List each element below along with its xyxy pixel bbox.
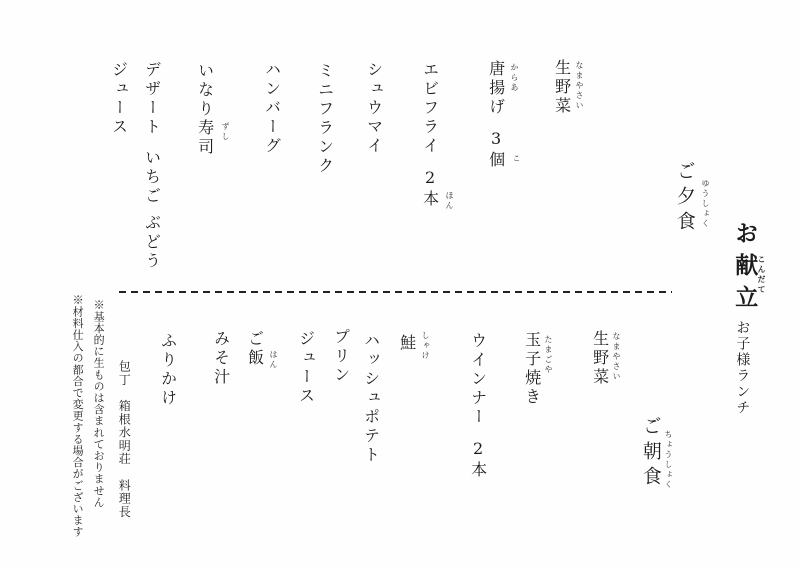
breakfast-heading-text: ご朝食 bbox=[640, 416, 662, 491]
item-furigana: ずし bbox=[221, 122, 229, 142]
dinner-item-hamburg: ハンバーグ bbox=[263, 61, 281, 156]
dinner-item-juice: ジュース bbox=[110, 61, 128, 137]
item-count-furigana: ほん bbox=[445, 191, 453, 211]
item-furigana: はん bbox=[269, 350, 277, 370]
dinner-item-karaage: 唐揚げ3個からあこ bbox=[487, 60, 505, 170]
dinner-item-inari-sushi: いなり寿司ずし bbox=[196, 62, 214, 157]
item-name: ふりかけ bbox=[159, 332, 178, 408]
item-count-furigana: こ bbox=[512, 154, 520, 164]
menu-subtitle: お子様ランチ bbox=[734, 320, 749, 416]
breakfast-item-juice: ジュース bbox=[297, 330, 315, 406]
item-furigana: なまやさい bbox=[612, 332, 620, 382]
item-name: エビフライ bbox=[421, 61, 440, 156]
item-name: 唐揚げ bbox=[487, 60, 506, 117]
item-name: ハッシュポテト bbox=[362, 332, 381, 465]
dinner-item-mini-frank: ミニフランク bbox=[316, 62, 334, 176]
item-name: プリン bbox=[332, 328, 351, 385]
menu-subtitle-text: お子様ランチ bbox=[734, 320, 750, 416]
item-name: いなり寿司 bbox=[196, 62, 215, 157]
item-furigana: たまごや bbox=[544, 335, 552, 375]
item-name: みそ汁 bbox=[212, 330, 231, 387]
breakfast-item-furikake: ふりかけ bbox=[159, 332, 177, 408]
dinner-item-ebi-fry: エビフライ2本ほん bbox=[421, 61, 439, 209]
dinner-item-shumai: シュウマイ bbox=[365, 61, 383, 156]
item-count: 2本 bbox=[421, 168, 440, 209]
menu-document: お献立こんだて お子様ランチ ご夕食ゆうしょく 生野菜なまやさい 唐揚げ3個から… bbox=[0, 0, 800, 566]
chef-signature: 包丁 箱根水明荘 料理長 bbox=[117, 360, 130, 518]
item-name: ウインナー bbox=[469, 332, 488, 427]
note-text: ※基本的に生ものは含まれておりません bbox=[92, 299, 105, 508]
breakfast-item-pudding: プリン bbox=[332, 328, 350, 385]
dinner-item-dessert: デザートいちごぶどう bbox=[143, 61, 161, 271]
menu-title: お献立こんだて bbox=[732, 221, 757, 317]
dinner-heading-furigana: ゆうしょく bbox=[701, 179, 709, 229]
breakfast-item-tamagoyaki: 玉子焼きたまごや bbox=[523, 331, 541, 407]
item-count: 3個 bbox=[487, 129, 506, 170]
item-name: ジュース bbox=[297, 330, 316, 406]
menu-title-text: お献立 bbox=[731, 221, 758, 317]
dessert-option-grape: ぶどう bbox=[143, 214, 162, 271]
breakfast-item-wiener: ウインナー2本 bbox=[469, 332, 487, 480]
section-divider-dashed-line bbox=[119, 291, 672, 293]
breakfast-item-salmon: 鮭しゃけ bbox=[398, 334, 416, 353]
item-name: ご飯 bbox=[246, 330, 265, 368]
breakfast-item-rice: ご飯はん bbox=[246, 330, 264, 368]
item-name: 生野菜 bbox=[553, 59, 572, 116]
item-count: 2本 bbox=[469, 439, 488, 480]
item-name: 玉子焼き bbox=[523, 331, 542, 407]
breakfast-item-miso-soup: みそ汁 bbox=[212, 330, 230, 387]
item-furigana: からあ bbox=[510, 63, 518, 93]
item-name: デザート bbox=[143, 61, 162, 137]
dinner-heading: ご夕食ゆうしょく bbox=[674, 161, 695, 236]
dessert-option-strawberry: いちご bbox=[143, 149, 162, 206]
breakfast-heading-furigana: ちょうしょく bbox=[664, 430, 672, 490]
note-no-raw-food: ※基本的に生ものは含まれておりません bbox=[92, 299, 104, 508]
note-text: ※材料仕入の都合で変更する場合がございます bbox=[71, 294, 84, 538]
item-name: 鮭 bbox=[398, 334, 417, 353]
item-name: ジュース bbox=[110, 61, 129, 137]
menu-title-furigana: こんだて bbox=[758, 255, 766, 295]
dinner-heading-text: ご夕食 bbox=[674, 161, 696, 236]
item-name: シュウマイ bbox=[365, 61, 384, 156]
item-furigana: しゃけ bbox=[421, 331, 429, 361]
breakfast-item-raw-vegetables: 生野菜なまやさい bbox=[591, 330, 609, 387]
chef-signature-text: 包丁 箱根水明荘 料理長 bbox=[117, 360, 131, 518]
item-name: ハンバーグ bbox=[263, 61, 282, 156]
item-name: 生野菜 bbox=[591, 330, 610, 387]
note-subject-to-change: ※材料仕入の都合で変更する場合がございます bbox=[71, 294, 83, 538]
breakfast-heading: ご朝食ちょうしょく bbox=[640, 416, 661, 491]
breakfast-item-hash-potato: ハッシュポテト bbox=[362, 332, 380, 465]
item-name: ミニフランク bbox=[316, 62, 335, 176]
item-furigana: なまやさい bbox=[575, 61, 583, 111]
dinner-item-raw-vegetables: 生野菜なまやさい bbox=[553, 59, 571, 116]
